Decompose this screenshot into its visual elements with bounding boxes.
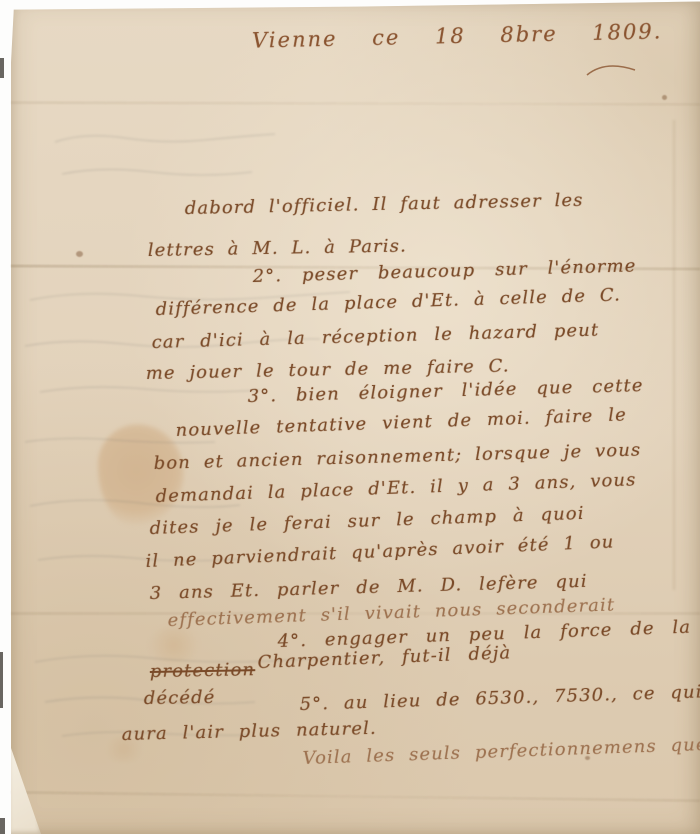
letter-line-struck-word: protection [150, 659, 256, 682]
paper-speck [76, 251, 83, 257]
small-stain [146, 626, 202, 664]
scan-edge-artifact [0, 818, 5, 834]
scan-edge-artifact [0, 58, 4, 78]
paper-speck [662, 95, 667, 100]
scan-edge-artifact [0, 652, 3, 708]
dateline-flourish [585, 64, 639, 80]
scanned-letter-page: { "document": { "kind": "Handwritten let… [0, 0, 700, 834]
letter-line: décédé [144, 687, 216, 709]
